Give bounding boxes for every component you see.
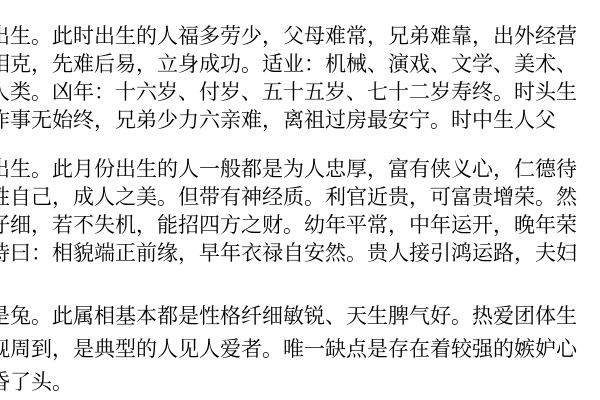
text-line: 视周到，是典型的人见人爱者。唯一缺点是存在着较强的嫉妒心 (0, 333, 577, 366)
paragraph-birth-hour: 出生。此时出生的人福多劳少，父母难常，兄弟难靠，出外经营 相克，先难后易，立身成… (0, 22, 577, 134)
text-line: 昏了头。 (0, 366, 577, 399)
text-line: 作事无始终，兄弟少力六亲难，离祖过房最安宁。时中生人父 (0, 106, 577, 134)
paragraph-birth-month: 出生。此月份出生的人一般都是为人忠厚，富有侠义心，仁德待 牲自己，成人之美。但带… (0, 155, 577, 267)
text-line: 诗曰：相貌端正前缘，早年衣禄自安然。贵人接引鸿运路，夫妇 (0, 239, 577, 267)
text-line: 牲自己，成人之美。但带有神经质。利官近贵，可富贵增荣。然 (0, 183, 577, 211)
text-line: 出生。此月份出生的人一般都是为人忠厚，富有侠义心，仁德待 (0, 155, 577, 183)
text-line: 是兔。此属相基本都是性格纤细敏锐、天生脾气好。热爱团体生 (0, 300, 577, 333)
text-line: 出生。此时出生的人福多劳少，父母难常，兄弟难靠，出外经营 (0, 22, 577, 50)
text-line: 仔细，若不失机，能招四方之财。幼年平常，中年运开，晚年荣 (0, 211, 577, 239)
paragraph-zodiac-rabbit: 是兔。此属相基本都是性格纤细敏锐、天生脾气好。热爱团体生 视周到，是典型的人见人… (0, 300, 577, 399)
text-line: 相克，先难后易，立身成功。适业：机械、演戏、文学、美术、 (0, 50, 577, 78)
text-line: 人类。凶年：十六岁、付岁、五十五岁、七十二岁寿终。时头生 (0, 78, 577, 106)
